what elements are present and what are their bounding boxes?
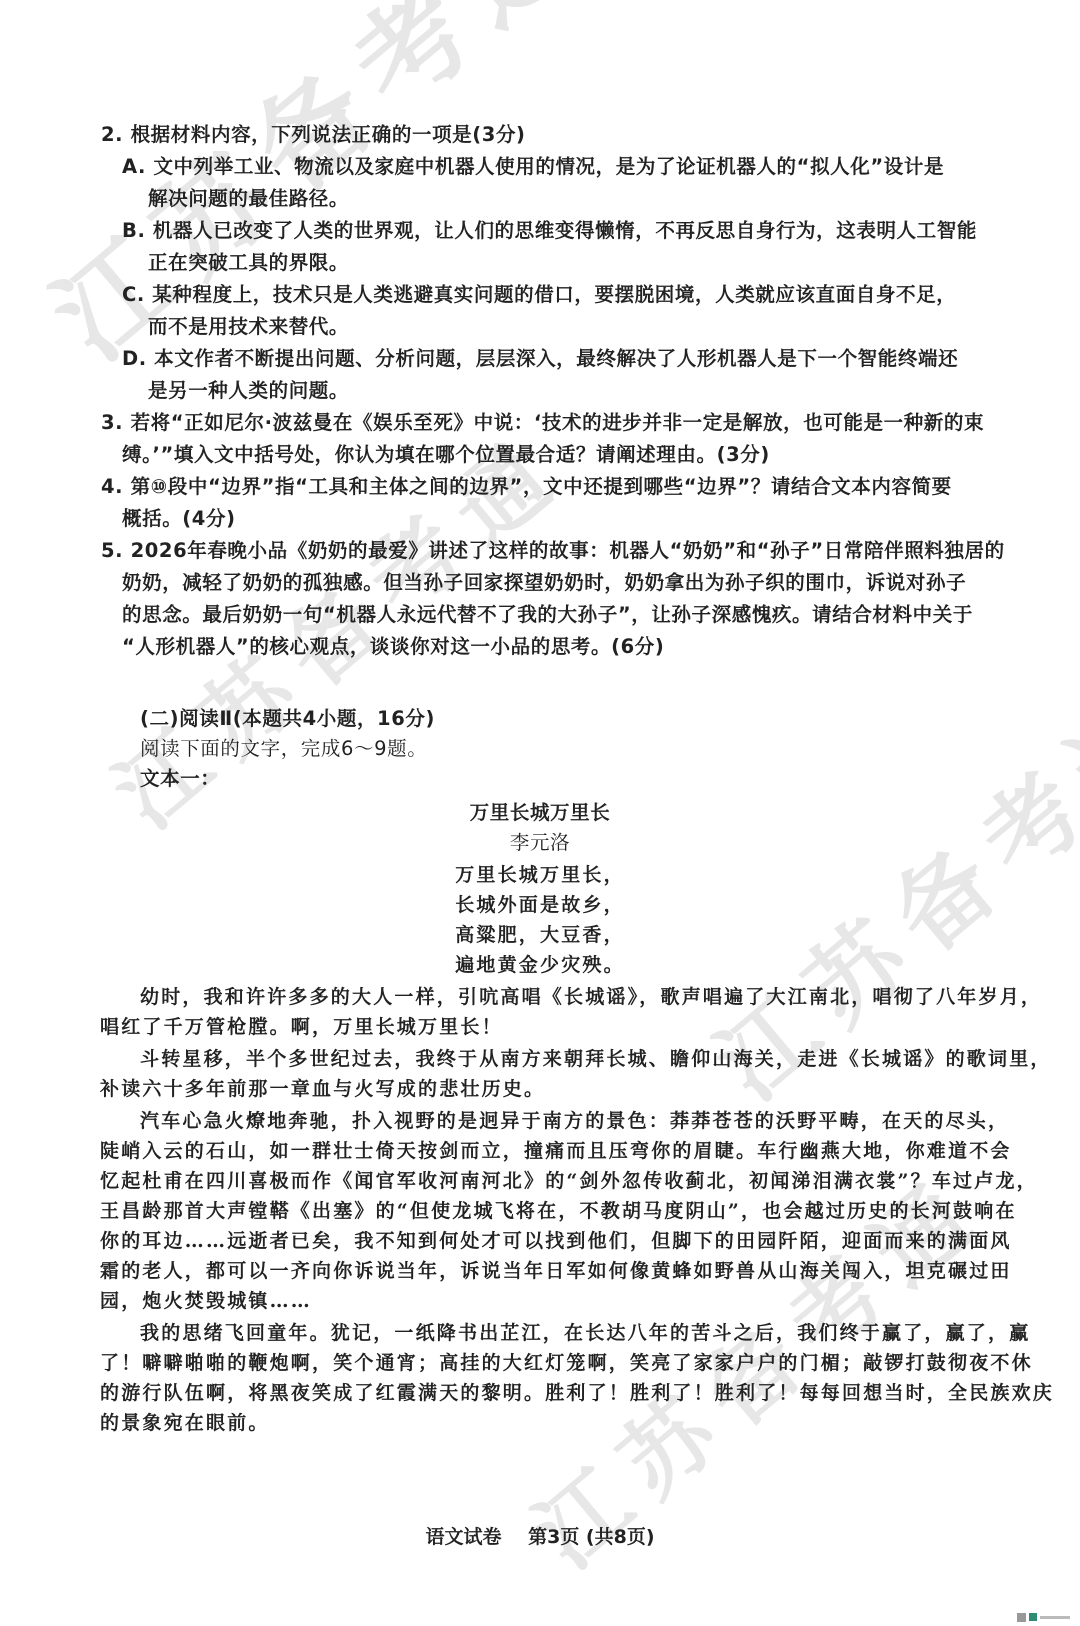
paragraph-2-line-2: 补读六十多年前那一章血与火写成的悲壮历史。 [100,1074,545,1104]
article-title: 万里长城万里长 [0,798,1080,828]
qr-code-icon [1017,1612,1075,1622]
option-b-line-2: 正在突破工具的界限。 [148,248,349,278]
paragraph-4-line-1: 我的思绪飞回童年。犹记，一纸降书出芷江，在长达八年的苦斗之后，我们终于赢了，赢了… [140,1318,1030,1348]
paragraph-3-line-2: 陡峭入云的石山，如一群壮士倚天按剑而立，撞痛而且压弯你的眉睫。车行幽燕大地，你难… [100,1136,1012,1166]
question-5-line-2: 奶奶，减轻了奶奶的孤独感。但当孙子回家探望奶奶时，奶奶拿出为孙子织的围巾，诉说对… [122,568,966,598]
question-5-line-3: 的思念。最后奶奶一句“机器人永远代替不了我的大孙子”，让孙子深感愧疚。请结合材料… [122,600,973,630]
option-a-line-1: A. 文中列举工业、物流以及家庭中机器人使用的情况，是为了论证机器人的“拟人化”… [122,152,944,182]
question-3-line-2: 缚。’”填入文中括号处，你认为填在哪个位置最合适？请阐述理由。(3分) [122,440,770,470]
question-5-line-1: 5. 2026年春晚小品《奶奶的最爱》讲述了这样的故事：机器人“奶奶”和“孙子”… [101,536,1005,566]
question-2-stem: 2. 根据材料内容，下列说法正确的一项是(3分) [101,120,526,150]
section-2-instruction: 阅读下面的文字，完成6～9题。 [140,734,427,764]
option-a-line-2: 解决问题的最佳路径。 [148,184,349,214]
footer-subject: 语文试卷 [425,1526,501,1548]
paragraph-3-line-4: 王昌龄那首大声镗鞳《出塞》的“但使龙城飞将在，不教胡马度阴山”，也会越过历史的长… [100,1196,1017,1226]
paragraph-1-line-1: 幼时，我和许许多多的大人一样，引吭高唱《长城谣》，歌声唱遍了大江南北，唱彻了八年… [140,982,1042,1012]
question-3-line-1: 3. 若将“正如尼尔·波兹曼在《娱乐至死》中说：‘技术的进步并非一定是解放，也可… [101,408,984,438]
option-d-line-1: D. 本文作者不断提出问题、分析问题，层层深入，最终解决了人形机器人是下一个智能… [122,344,958,374]
question-4-line-2: 概括。(4分) [122,504,236,534]
paragraph-2-line-1: 斗转星移，半个多世纪过去，我终于从南方来朝拜长城、瞻仰山海关，走进《长城谣》的歌… [140,1044,1052,1074]
paragraph-1-line-2: 唱红了千万管枪膛。啊，万里长城万里长！ [100,1012,503,1042]
poem-line-4: 遍地黄金少灾殃。 [0,950,1080,980]
poem-line-1: 万里长城万里长， [0,860,1080,890]
paragraph-3-line-5: 你的耳边……远逝者已矣，我不知到何处才可以找到他们，但脚下的田园阡陌，迎面而来的… [100,1226,1012,1256]
paragraph-3-line-7: 园，炮火焚毁城镇…… [100,1286,312,1316]
poem-line-3: 高粱肥，大豆香， [0,920,1080,950]
section-2-heading: (二)阅读Ⅱ(本题共4小题，16分) [140,704,435,734]
paragraph-3-line-3: 忆起杜甫在四川喜极而作《闻官军收河南河北》的“剑外忽传收蓟北，初闻涕泪满衣裳”？… [100,1166,1038,1196]
text-one-label: 文本一： [140,764,220,794]
option-d-line-2: 是另一种人类的问题。 [148,376,349,406]
paragraph-3-line-1: 汽车心急火燎地奔驰，扑入视野的是迥异于南方的景色：莽莽苍苍的沃野平畴，在天的尽头… [140,1106,1009,1136]
poem-line-2: 长城外面是故乡， [0,890,1080,920]
paragraph-4-line-2: 了！噼噼啪啪的鞭炮啊，笑个通宵；高挂的大红灯笼啊，笑亮了家家户户的门楣；敲锣打鼓… [100,1348,1033,1378]
question-5-line-4: “人形机器人”的核心观点，谈谈你对这一小品的思考。(6分) [122,632,664,662]
option-c-line-2: 而不是用技术来替代。 [148,312,349,342]
paragraph-3-line-6: 霜的老人，都可以一齐向你诉说当年，诉说当年日军如何像黄蜂如野兽从山海关闯入，坦克… [100,1256,1012,1286]
paragraph-4-line-4: 的景象宛在眼前。 [100,1408,270,1438]
article-author: 李元洛 [0,828,1080,858]
paragraph-4-line-3: 的游行队伍啊，将黑夜笑成了红霞满天的黎明。胜利了！胜利了！胜利了！每每回想当时，… [100,1378,1054,1408]
option-b-line-1: B. 机器人已改变了人类的世界观，让人们的思维变得懒惰，不再反思自身行为，这表明… [122,216,977,246]
question-4-line-1: 4. 第⑩段中“边界”指“工具和主体之间的边界”，文中还提到哪些“边界”？请结合… [101,472,952,502]
footer-page-number: 第3页 (共8页) [528,1526,654,1548]
option-c-line-1: C. 某种程度上，技术只是人类逃避真实问题的借口，要摆脱困境，人类就应该直面自身… [122,280,956,310]
page-footer: 语文试卷 第3页 (共8页) [0,1522,1080,1549]
